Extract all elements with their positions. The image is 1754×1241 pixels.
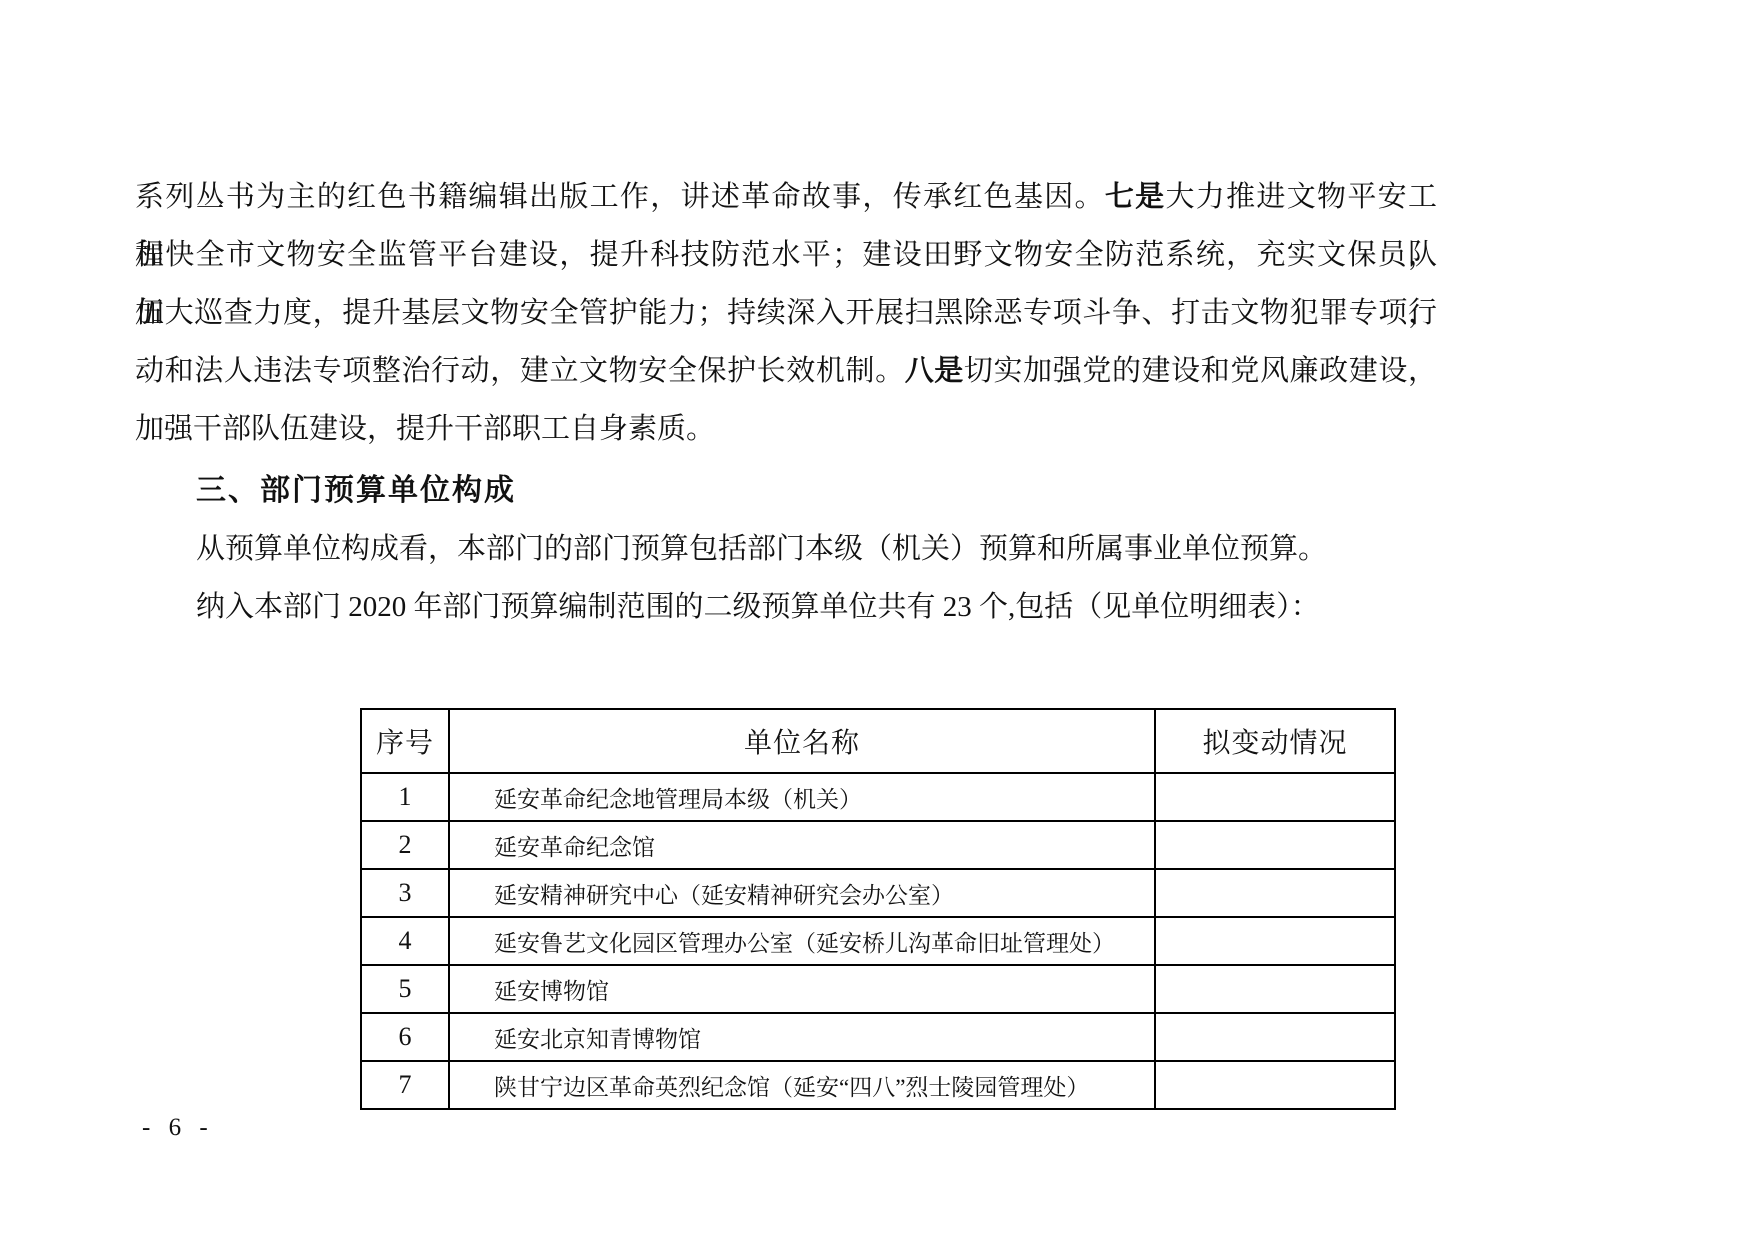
body-text: 动和法人违法专项整治行动，建立文物安全保护长效机制。 (135, 355, 905, 387)
body-text: 加大巡查力度，提升基层文物安全管护能力；持续深入开展扫黑除恶专项斗争、打击文物犯… (135, 297, 1437, 329)
table-body: 1延安革命纪念地管理局本级（机关）2延安革命纪念馆3延安精神研究中心（延安精神研… (361, 773, 1395, 1109)
cell-unit-name: 延安鲁艺文化园区管理办公室（延安桥儿沟革命旧址管理处） (449, 917, 1155, 965)
section-heading: 三、部门预算单位构成 (196, 462, 516, 520)
units-table: 序号单位名称拟变动情况 1延安革命纪念地管理局本级（机关）2延安革命纪念馆3延安… (360, 708, 1396, 1110)
cell-planned-change (1155, 965, 1395, 1013)
paragraph-budget-units-count: 纳入本部门 2020 年部门预算编制范围的二级预算单位共有 23 个,包括（见单… (196, 578, 1320, 636)
body-paragraph: 系列丛书为主的红色书籍编辑出版工作，讲述革命故事，传承红色基因。七是大力推进文物… (135, 168, 1437, 458)
paragraph-budget-composition: 从预算单位构成看，本部门的部门预算包括部门本级（机关）预算和所属事业单位预算。 (196, 520, 1327, 578)
body-line: 系列丛书为主的红色书籍编辑出版工作，讲述革命故事，传承红色基因。七是大力推进文物… (135, 168, 1437, 226)
cell-serial-number: 2 (361, 821, 449, 869)
body-line: 动和法人违法专项整治行动，建立文物安全保护长效机制。八是切实加强党的建设和党风廉… (135, 342, 1437, 400)
body-line: 加强干部队伍建设，提升干部职工自身素质。 (135, 400, 1437, 458)
table-row: 2延安革命纪念馆 (361, 821, 1395, 869)
cell-serial-number: 5 (361, 965, 449, 1013)
emphasis-text: 八是 (905, 355, 964, 387)
table-row: 7陕甘宁边区革命英烈纪念馆（延安“四八”烈士陵园管理处） (361, 1061, 1395, 1109)
table-header-row: 序号单位名称拟变动情况 (361, 709, 1395, 773)
table-header-cell-1: 单位名称 (449, 709, 1155, 773)
cell-serial-number: 1 (361, 773, 449, 821)
body-text: 加强干部队伍建设，提升干部职工自身素质。 (135, 413, 715, 445)
table-row: 3延安精神研究中心（延安精神研究会办公室） (361, 869, 1395, 917)
table-row: 4延安鲁艺文化园区管理办公室（延安桥儿沟革命旧址管理处） (361, 917, 1395, 965)
body-line: 加快全市文物安全监管平台建设，提升科技防范水平；建设田野文物安全防范系统，充实文… (135, 226, 1437, 284)
cell-serial-number: 3 (361, 869, 449, 917)
cell-unit-name: 延安北京知青博物馆 (449, 1013, 1155, 1061)
cell-unit-name: 陕甘宁边区革命英烈纪念馆（延安“四八”烈士陵园管理处） (449, 1061, 1155, 1109)
page-number: - 6 - (142, 1110, 214, 1146)
emphasis-text: 七是 (1105, 181, 1166, 213)
table-row: 1延安革命纪念地管理局本级（机关） (361, 773, 1395, 821)
cell-serial-number: 7 (361, 1061, 449, 1109)
cell-planned-change (1155, 869, 1395, 917)
document-page: 系列丛书为主的红色书籍编辑出版工作，讲述革命故事，传承红色基因。七是大力推进文物… (0, 0, 1754, 1241)
body-text: 系列丛书为主的红色书籍编辑出版工作，讲述革命故事，传承红色基因。 (135, 181, 1105, 213)
cell-planned-change (1155, 1061, 1395, 1109)
body-line: 加大巡查力度，提升基层文物安全管护能力；持续深入开展扫黑除恶专项斗争、打击文物犯… (135, 284, 1437, 342)
body-text: 切实加强党的建设和党风廉政建设， (964, 355, 1437, 387)
cell-planned-change (1155, 1013, 1395, 1061)
cell-planned-change (1155, 917, 1395, 965)
cell-planned-change (1155, 821, 1395, 869)
cell-unit-name: 延安革命纪念馆 (449, 821, 1155, 869)
table-header-cell-0: 序号 (361, 709, 449, 773)
table-row: 5延安博物馆 (361, 965, 1395, 1013)
table-header-cell-2: 拟变动情况 (1155, 709, 1395, 773)
cell-unit-name: 延安博物馆 (449, 965, 1155, 1013)
cell-unit-name: 延安精神研究中心（延安精神研究会办公室） (449, 869, 1155, 917)
table-row: 6延安北京知青博物馆 (361, 1013, 1395, 1061)
cell-planned-change (1155, 773, 1395, 821)
cell-serial-number: 4 (361, 917, 449, 965)
cell-serial-number: 6 (361, 1013, 449, 1061)
cell-unit-name: 延安革命纪念地管理局本级（机关） (449, 773, 1155, 821)
